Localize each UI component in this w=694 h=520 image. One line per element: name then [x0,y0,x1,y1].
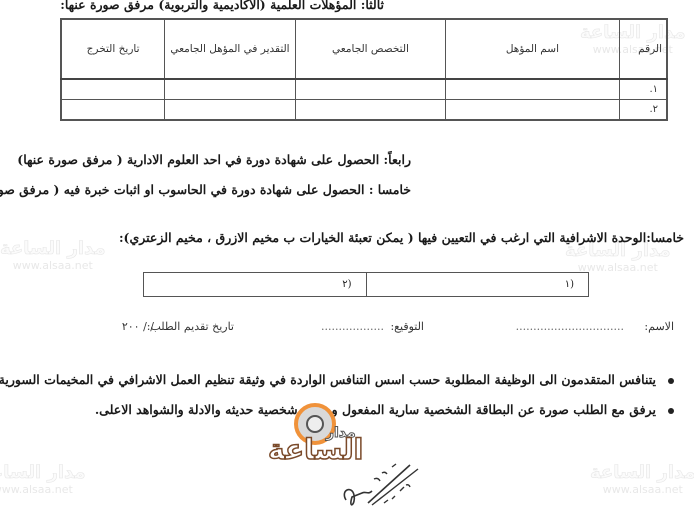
name-label: الاسم: [644,320,674,333]
signature-label: التوقيع: [390,320,424,333]
header-graduation-date: تاريخ التخرج [61,19,165,79]
qualification-name-cell[interactable] [446,79,619,100]
name-field[interactable]: ............................... [516,320,624,333]
unit-choice-1[interactable]: (١ [366,273,589,297]
news-logo: مدار الساعة [268,403,378,463]
watermark: مدار الساعة www.alsaa.net [0,462,86,496]
qualification-name-cell[interactable] [446,100,619,121]
grade-cell[interactable] [165,79,296,100]
qualifications-table: الرقم اسم المؤهل التخصص الجامعي التقدير … [60,18,668,121]
section-4-admin-course: رابعاً: الحصول على شهادة دورة في احد الع… [17,152,411,167]
bullet-icon [668,408,674,414]
section-5-computer-course: خامسا : الحصول على شهادة دورة في الحاسوب… [0,182,411,197]
table-row: ١. [61,79,667,100]
bullet-icon [668,378,674,384]
application-date-label: تاريخ تقديم الطلب: [147,320,234,333]
watermark: مدار الساعة www.alsaa.net [0,238,106,272]
table-row: ٢. [61,100,667,121]
section-supervisory-unit: خامسا:الوحدة الاشرافية التي ارغب في التع… [119,230,684,245]
grade-cell[interactable] [165,100,296,121]
signature-field[interactable]: .................. [321,320,384,333]
header-qualification-name: اسم المؤهل [446,19,619,79]
graduation-date-cell[interactable] [61,79,165,100]
watermark: مدار الساعة www.alsaa.net [590,462,694,496]
application-date-field[interactable]: / / ٢٠٠ [122,320,154,333]
major-cell[interactable] [295,100,445,121]
applicant-signature-row: الاسم: ............................... ا… [100,320,674,338]
note-text: يتنافس المتقدمون الى الوظيفة المطلوبة حس… [0,372,656,387]
unit-choice-table: (١ (٢ [143,272,589,297]
note-item: يتنافس المتقدمون الى الوظيفة المطلوبة حس… [0,372,674,402]
major-cell[interactable] [295,79,445,100]
handwritten-signature-icon [340,455,440,515]
header-number: الرقم [619,19,667,79]
header-grade: التقدير في المؤهل الجامعي [165,19,296,79]
header-university-major: التخصص الجامعي [295,19,445,79]
section-3-heading: ثالثاً: المؤهلات العلمية (الأكاديمية وال… [60,0,384,12]
unit-choice-2[interactable]: (٢ [144,273,367,297]
row-number: ٢. [619,100,667,121]
row-number: ١. [619,79,667,100]
watermark: مدار الساعة www.alsaa.net [565,240,671,274]
graduation-date-cell[interactable] [61,100,165,121]
table-header-row: الرقم اسم المؤهل التخصص الجامعي التقدير … [61,19,667,79]
